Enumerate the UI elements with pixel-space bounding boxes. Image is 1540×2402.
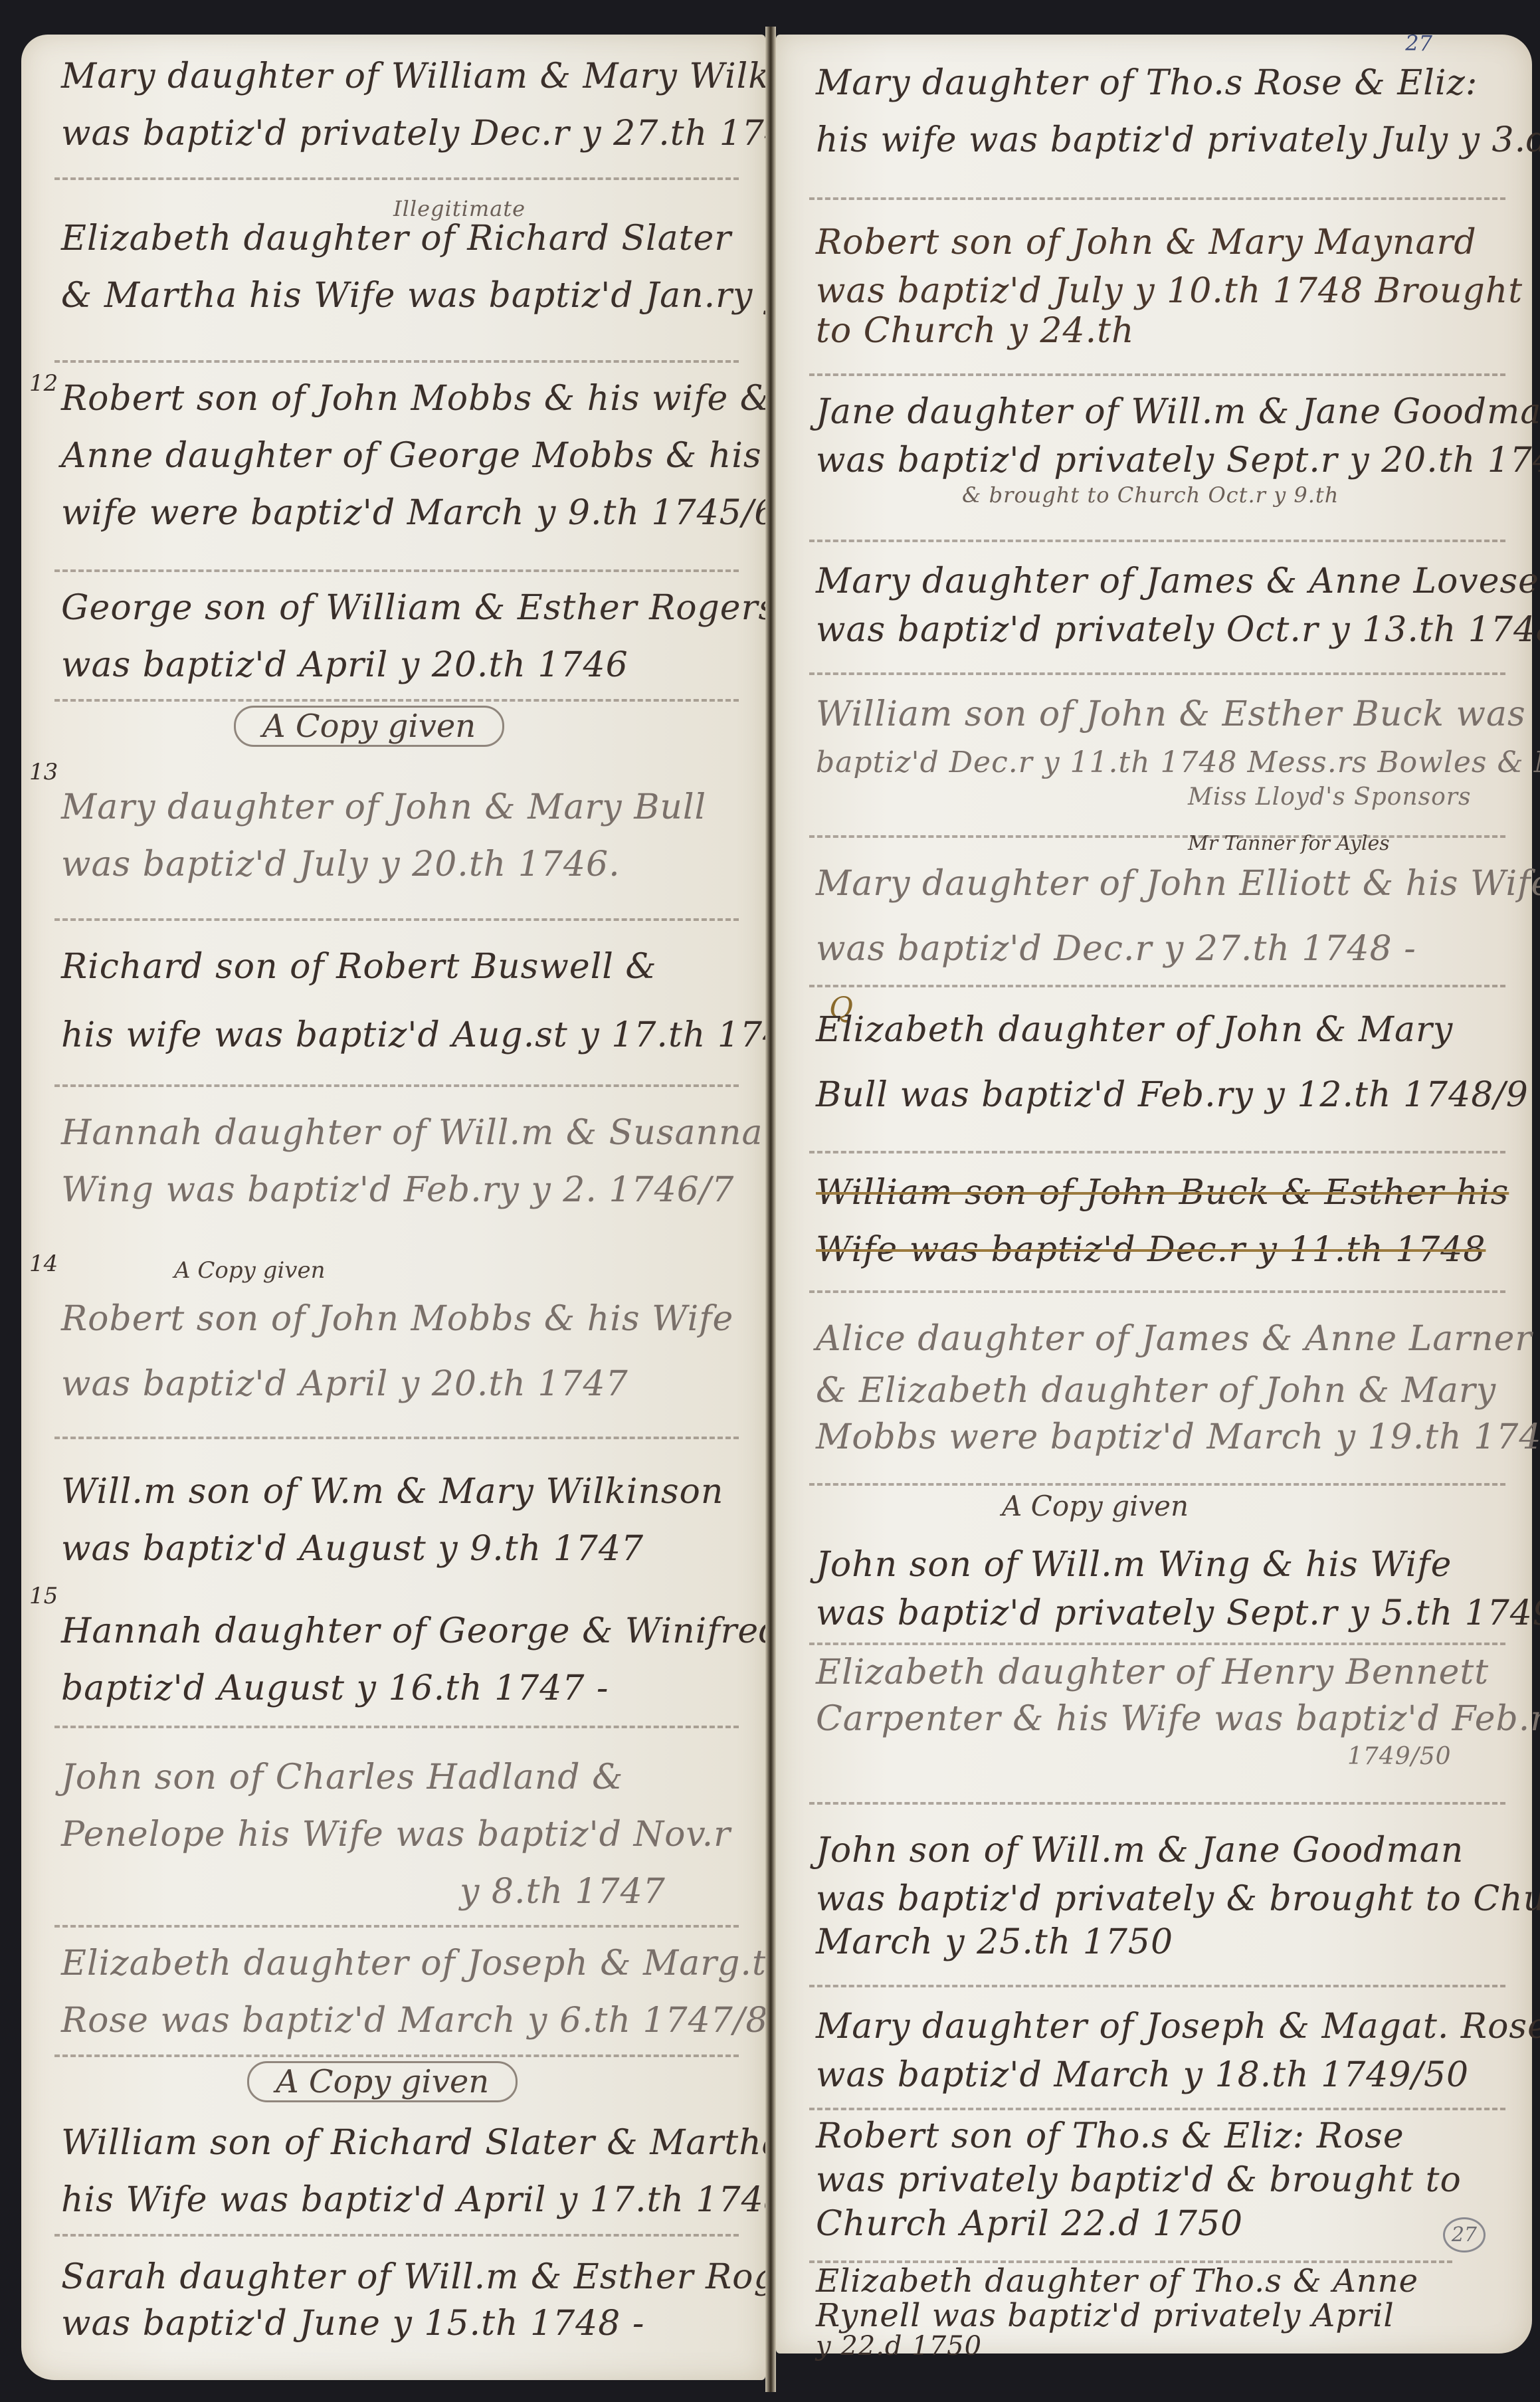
- divider: [809, 1483, 1505, 1486]
- brought-to-church-note: & brought to Church Oct.r y 9.th: [816, 480, 1505, 510]
- margin-number: 12: [29, 370, 58, 397]
- divider: [809, 985, 1505, 987]
- entry-line: Hannah daughter of George & Winifred Mob…: [61, 1603, 739, 1660]
- entry: Will.m son of W.m & Mary Wilkinson was b…: [61, 1463, 739, 1577]
- entry-line: Penelope his Wife was baptiz'd Nov.r: [61, 1806, 739, 1863]
- entry-line: was baptiz'd August y 9.th 1747: [61, 1520, 739, 1577]
- entry-line: was baptiz'd Dec.r y 27.th 1748 -: [816, 912, 1505, 985]
- entry: Mary daughter of William & Mary Wilkinso…: [61, 48, 739, 162]
- entry-line: Robert son of Tho.s & Eliz: Rose: [816, 2114, 1505, 2158]
- entry-line: was baptiz'd privately & brought to Chur…: [816, 1879, 1505, 1919]
- entry: Robert son of John Mobbs & his Wife was …: [61, 1290, 739, 1421]
- entry-line: Richard son of Robert Buswell &: [61, 938, 739, 995]
- divider: [809, 835, 1505, 838]
- entry-line: was baptiz'd privately Dec.r y 27.th 174…: [61, 105, 739, 162]
- entry-line: & Martha his Wife was baptiz'd Jan.ry y …: [61, 267, 739, 324]
- entry-line: Mary daughter of John & Mary Bull: [61, 779, 739, 836]
- struck-entry: William son of John Buck & Esther his Wi…: [816, 1164, 1505, 1278]
- entry-line: Mary daughter of Joseph & Magat. Rose: [816, 1998, 1505, 2055]
- entry-line: was privately baptiz'd & brought to: [816, 2158, 1505, 2202]
- entry-line: Hannah daughter of Will.m & Susanna: [61, 1104, 739, 1161]
- entry-line: & Elizabeth daughter of John & Mary: [816, 1367, 1505, 1414]
- entry-line: Church April 22.d 1750: [816, 2202, 1505, 2246]
- entry-line: was baptiz'd April y 20.th 1746: [61, 637, 739, 694]
- divider: [54, 360, 739, 363]
- entry-line: was baptiz'd privately Oct.r y 13.th 174…: [816, 610, 1505, 650]
- entry-line: Will.m son of W.m & Mary Wilkinson: [61, 1463, 739, 1520]
- entry-line: his Wife was baptiz'd April y 17.th 1748…: [61, 2171, 739, 2229]
- entry-line: baptiz'd Dec.r y 11.th 1748 Mess.rs Bowl…: [816, 743, 1505, 783]
- entry: Richard son of Robert Buswell & his wife…: [61, 938, 739, 1075]
- entry-line: to Church y 24.th: [816, 311, 1505, 351]
- divider: [809, 1290, 1505, 1293]
- entry-line: was baptiz'd July y 10.th 1748 Brought: [816, 271, 1505, 311]
- entry: John son of Will.m & Jane Goodman was ba…: [816, 1822, 1505, 1965]
- entry-line: was baptiz'd July y 20.th 1746.: [61, 836, 739, 893]
- divider: [809, 197, 1505, 200]
- manuscript-spread: Mary daughter of William & Mary Wilkinso…: [0, 0, 1540, 2402]
- copy-given-note: A Copy given: [174, 1257, 326, 1284]
- entry: George son of William & Esther Rogers wa…: [61, 579, 739, 694]
- entry-line: Elizabeth daughter of Joseph & Marg.t: [61, 1935, 739, 1992]
- entry: Elizabeth daughter of Henry Bennett Carp…: [816, 1649, 1505, 1771]
- entry-line: William son of John Buck & Esther his: [816, 1164, 1505, 1221]
- entry-line: Rose was baptiz'd March y 6.th 1747/8: [61, 1992, 739, 2049]
- entry-line: Elizabeth daughter of Richard Slater: [61, 210, 739, 267]
- copy-given-note: A Copy given: [247, 2061, 518, 2102]
- entry: Mary daughter of James & Anne Loveseg wa…: [816, 553, 1505, 650]
- entry-line: baptiz'd August y 16.th 1747 -: [61, 1660, 739, 1717]
- entry-line: Mary daughter of William & Mary Wilkinso…: [61, 48, 739, 105]
- entry-line: y 22.d 1750: [816, 2333, 1505, 2359]
- margin-number: 13: [29, 759, 58, 785]
- entry-line: Elizabeth daughter of Henry Bennett: [816, 1649, 1505, 1696]
- divider: [809, 1151, 1505, 1153]
- entry-line: was baptiz'd privately Sept.r y 20.th 17…: [816, 441, 1505, 480]
- copy-given-note: A Copy given: [234, 706, 504, 747]
- entry-line: Robert son of John Mobbs & his Wife: [61, 1290, 739, 1348]
- entry: Robert son of John Mobbs & his wife & An…: [61, 370, 739, 542]
- entry: Mary daughter of Tho.s Rose & Eliz: his …: [816, 54, 1505, 169]
- entry-line: Bull was baptiz'd Feb.ry y 12.th 1748/9: [816, 1058, 1505, 1132]
- entry-line: Rynell was baptiz'd privately April: [816, 2298, 1505, 2333]
- divider: [54, 918, 739, 921]
- divider: [54, 1084, 739, 1087]
- divider: [54, 1726, 739, 1728]
- divider: [54, 1925, 739, 1928]
- entry-line: Mary daughter of Tho.s Rose & Eliz:: [816, 54, 1505, 112]
- entry-line: Robert son of John Mobbs & his wife &: [61, 370, 739, 427]
- entry-line: his wife was baptiz'd privately July y 3…: [816, 112, 1505, 169]
- divider: [809, 672, 1505, 675]
- entry-line: William son of Richard Slater & Martha: [61, 2114, 739, 2171]
- entry: William son of Richard Slater & Martha h…: [61, 2114, 739, 2229]
- entry-line: y 8.th 1747: [61, 1863, 739, 1920]
- entry-line: Carpenter & his Wife was baptiz'd Feb.ry…: [816, 1696, 1505, 1742]
- entry-line: Elizabeth daughter of Tho.s & Anne: [816, 2264, 1505, 2298]
- entry: John son of Will.m Wing & his Wife was b…: [816, 1536, 1505, 1633]
- entry-line: was baptiz'd April y 20.th 1747: [61, 1348, 739, 1421]
- entry-line: Mary daughter of James & Anne Loveseg: [816, 553, 1505, 610]
- entry-line: Wing was baptiz'd Feb.ry y 2. 1746/7: [61, 1161, 739, 1219]
- entry-line: wife were baptiz'd March y 9.th 1745/6: [61, 484, 739, 542]
- divider: [54, 569, 739, 572]
- margin-number: 14: [29, 1251, 58, 1277]
- entry: Elizabeth daughter of John & Mary Bull w…: [816, 1001, 1505, 1132]
- entry: Illegitimate Elizabeth daughter of Richa…: [61, 194, 739, 324]
- entry-line: Jane daughter of Will.m & Jane Goodman: [816, 383, 1505, 441]
- interlineation: Mr Tanner for Ayles: [1188, 832, 1390, 855]
- entry-line: Alice daughter of James & Anne Larner: [816, 1310, 1505, 1367]
- divider: [809, 2108, 1505, 2110]
- entry: Jane daughter of Will.m & Jane Goodman w…: [816, 383, 1505, 510]
- divider: [809, 540, 1505, 542]
- entry-line: John son of Charles Hadland &: [61, 1749, 739, 1806]
- divider: [54, 1437, 739, 1439]
- book-gutter: [765, 27, 776, 2392]
- entry-line: Elizabeth daughter of John & Mary: [816, 1001, 1505, 1058]
- entry: John son of Charles Hadland & Penelope h…: [61, 1749, 739, 1920]
- entry-line: 1749/50: [816, 1742, 1505, 1771]
- divider: [809, 1985, 1505, 1987]
- entry-line: Mary daughter of John Elliott & his Wife: [816, 855, 1505, 912]
- entry: Mary daughter of Joseph & Magat. Rose wa…: [816, 1998, 1505, 2095]
- entry-line: Robert son of John & Mary Maynard: [816, 214, 1505, 271]
- entry: Mary daughter of John & Mary Bull was ba…: [61, 779, 739, 893]
- copy-given-note: A Copy given: [1002, 1490, 1189, 1522]
- entry-line: Anne daughter of George Mobbs & his: [61, 427, 739, 484]
- entry-line: Sarah daughter of Will.m & Esther Rogers: [61, 2254, 739, 2300]
- entry-line: Mobbs were baptiz'd March y 19.th 1748/9…: [816, 1414, 1505, 1460]
- entry-line: Wife was baptiz'd Dec.r y 11.th 1748: [816, 1221, 1505, 1278]
- left-page: Mary daughter of William & Mary Wilkinso…: [21, 35, 765, 2380]
- entry: Robert son of John & Mary Maynard was ba…: [816, 214, 1505, 351]
- entry: Hannah daughter of Will.m & Susanna Wing…: [61, 1104, 739, 1219]
- entry-line: George son of William & Esther Rogers: [61, 579, 739, 637]
- divider: [54, 2054, 739, 2057]
- divider: [54, 177, 739, 180]
- entry-line: William son of John & Esther Buck was: [816, 686, 1505, 743]
- divider: [54, 699, 739, 702]
- entry-line: John son of Will.m & Jane Goodman: [816, 1822, 1505, 1879]
- divider: [809, 373, 1505, 376]
- entry-line: was baptiz'd privately Sept.r y 5.th 174…: [816, 1593, 1505, 1633]
- entry-line: John son of Will.m Wing & his Wife: [816, 1536, 1505, 1593]
- entry-line: March y 25.th 1750: [816, 1919, 1505, 1965]
- entry: Elizabeth daughter of Tho.s & Anne Rynel…: [816, 2264, 1505, 2359]
- entry: Hannah daughter of George & Winifred Mob…: [61, 1603, 739, 1717]
- right-page: 27 Mary daughter of Tho.s Rose & Eliz: h…: [776, 35, 1532, 2353]
- margin-number: 15: [29, 1583, 58, 1609]
- left-page-entries: Mary daughter of William & Mary Wilkinso…: [21, 35, 765, 2380]
- entry: Alice daughter of James & Anne Larner & …: [816, 1310, 1505, 1460]
- entry-line: was baptiz'd March y 18.th 1749/50: [816, 2055, 1505, 2095]
- divider: [809, 1802, 1505, 1805]
- divider: [809, 1643, 1505, 1645]
- entry: Mary daughter of John Elliott & his Wife…: [816, 855, 1505, 985]
- folio-stamp: 27: [1443, 2217, 1486, 2252]
- entry-line: was baptiz'd June y 15.th 1748 -: [61, 2300, 739, 2347]
- entry-line: Miss Lloyd's Sponsors: [816, 783, 1505, 812]
- entry: Elizabeth daughter of Joseph & Marg.t Ro…: [61, 1935, 739, 2049]
- right-page-entries: Mary daughter of Tho.s Rose & Eliz: his …: [776, 35, 1532, 2353]
- entry-line: his wife was baptiz'd Aug.st y 17.th 174…: [61, 995, 739, 1075]
- entry: William son of John & Esther Buck was ba…: [816, 686, 1505, 812]
- entry: Sarah daughter of Will.m & Esther Rogers…: [61, 2254, 739, 2347]
- entry: Robert son of Tho.s & Eliz: Rose was pri…: [816, 2114, 1505, 2246]
- divider: [54, 2234, 739, 2237]
